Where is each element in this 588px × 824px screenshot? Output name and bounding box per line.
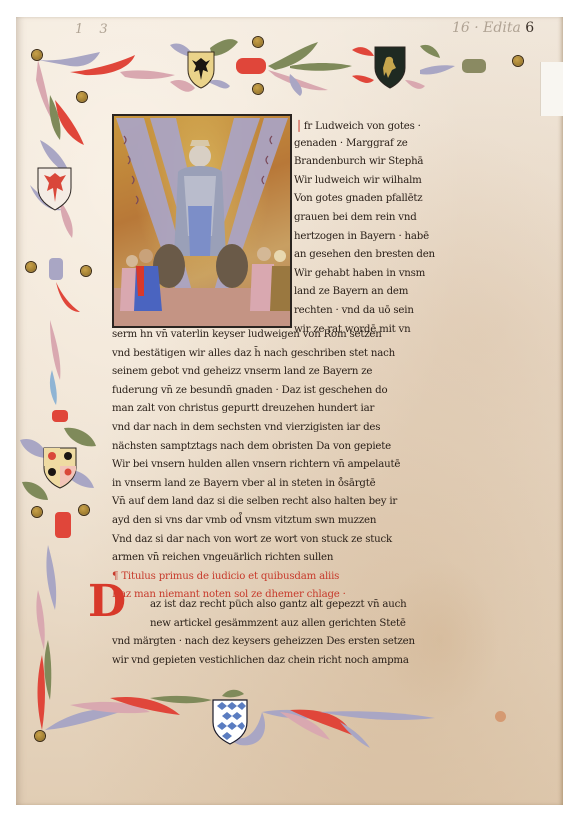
gold-boss-dot [253,37,263,47]
gold-boss-dot [253,84,263,94]
text-line: Wir bei vnsern hulden allen vnsern richt… [112,456,400,475]
gold-boss-dot [32,50,42,60]
text-line: rechten · vnd da uō sein [294,302,435,321]
text-line: in vnserm land ze Bayern vber al in stet… [112,475,400,494]
text-column-right: ❘fr Ludweich von gotes · genaden · Margg… [294,116,435,339]
text-line: az ist daz recht püch also gantz alt gep… [112,596,415,615]
shield-gold-lion [375,47,405,88]
text-line: genaden · Marggraf ze [294,135,435,154]
text-line: Vn̄ auf dem land daz si die selben recht… [112,493,400,512]
enthroned-emperor-image [114,116,290,326]
shield-bavarian-lozenges [213,700,247,744]
text-line: Von gotes gnaden pfallētz [294,190,435,209]
text-line: land ze Bayern an dem [294,283,435,302]
text-line: new artickel gesämmzent auz allen gerich… [112,615,415,634]
text-line: vnd bestätigen wir alles daz h̄ nach ges… [112,345,400,364]
text-line: grauen bei dem rein vnd [294,209,435,228]
gold-boss-dot [35,731,45,741]
text-body: serm hn vn̄ vaterlin keyser ludweigen vo… [112,326,400,605]
text-line: serm hn vn̄ vaterlin keyser ludweigen vo… [112,326,400,345]
text-line: Wir gehabt haben in vnsm [294,265,435,284]
text-line: wir vnd gepieten vestichlichen daz chein… [112,652,415,671]
text-line: Vnd daz si dar nach von wort ze wort von… [112,531,400,550]
gold-boss-dot [32,507,42,517]
rubric-title-line: ¶ Titulus primus de iudicio et quibusdam… [112,568,400,587]
miniature-illumination [112,114,292,328]
text-line: armen vn̄ reichen vngeuärlich richten su… [112,549,400,568]
text-line: man zalt von christus gepurtt dreuzehen … [112,400,400,419]
gold-boss-dot [26,262,36,272]
text-line: nächsten samptztags nach dem obristen Da… [112,438,400,457]
text-line: ❘fr Ludweich von gotes · [294,116,435,135]
shield-quartered-lions [44,448,76,488]
left-foliage [20,60,96,730]
text-line: Wir ludweich wir wilhalm [294,172,435,191]
text-line: vnd märgten · nach dez keysers geheizzen… [112,633,415,652]
gold-boss-dot [79,505,89,515]
gold-boss-dot [513,56,523,66]
text-line: seinem gebot vnd geheizz vnserm land ze … [112,363,400,382]
text-line: an gesehen den bresten den [294,246,435,265]
gold-boss-dot [77,92,87,102]
text-chapter-one: az ist daz recht püch also gantz alt gep… [112,596,415,670]
text-line: vnd dar nach in dem sechsten vnd vierzig… [112,419,400,438]
text-line: Brandenburch wir Stephā [294,153,435,172]
gold-boss-dot [81,266,91,276]
text-line: fuderung vn̄ ze besundn̄ gnaden · Daz is… [112,382,400,401]
text-line: hertzogen in Bayern · habē [294,228,435,247]
text-line: ayd den si vns dar vmb od̊ vnsm vitztum … [112,512,400,531]
